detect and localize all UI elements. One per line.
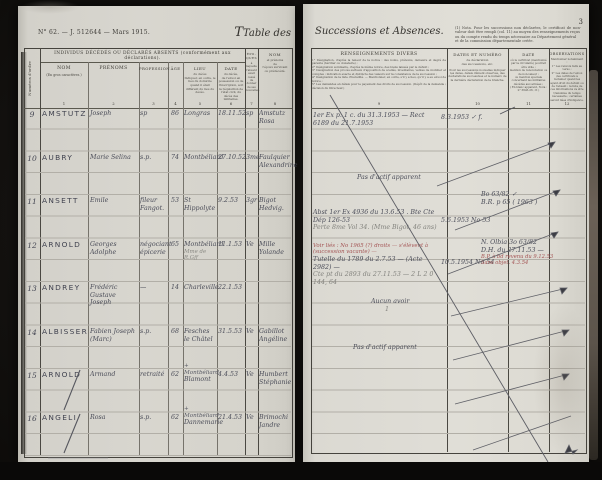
cell-prenoms: Fabien Joseph (Marc) xyxy=(90,328,137,343)
cell-profession: retraité xyxy=(140,371,167,379)
form-number: N° 62. — J. 512644 — Mars 1915. xyxy=(38,29,150,36)
cell-epoux: Bigot Hedvig. xyxy=(259,197,292,212)
cell-epoque: Ve xyxy=(246,328,257,336)
right-page: Successions et Absences. 3 (1) Nota. Pou… xyxy=(303,4,589,468)
table-row: Aucun avoir 1 xyxy=(303,282,589,325)
cell-renseignements: Aucun avoir 1 xyxy=(313,298,497,313)
cell-lieu: + MontbéliardDannemarie xyxy=(184,406,217,427)
cell-profession: sp xyxy=(140,110,167,118)
cell-epoque: Ve xyxy=(246,241,257,249)
cell-numero: 10 xyxy=(25,154,39,163)
cell-prenoms: Marie Selina xyxy=(90,154,137,162)
table-row xyxy=(303,412,589,455)
cell-nom: ANGELI xyxy=(42,414,87,423)
cell-numero: 9 xyxy=(25,110,39,119)
cell-age: 65 xyxy=(168,241,182,249)
cell-numero: 15 xyxy=(25,371,39,380)
table-row: 16 ANGELI Rosa s.p. 62 + MontbéliardDann… xyxy=(18,412,295,455)
cell-renseignements: Pas d'actif apparent xyxy=(313,174,483,182)
cell-epoux: Brimochi Jandre xyxy=(259,414,292,429)
cell-observations: Bo 63/82 ✓ B.R. p 65 ( 1963 ) xyxy=(481,191,583,206)
column-header-epoux: NOM et prénoms de l'époux survivant ou p… xyxy=(258,50,292,108)
cell-epoque: 3me xyxy=(246,154,257,162)
cell-epoux: Amstutz Rosa xyxy=(259,110,292,125)
table-row: 14 ALBISSER Fabien Joseph (Marc) s.p. 68… xyxy=(18,326,295,369)
cell-age: 62 xyxy=(168,414,182,422)
table-row: 10 AUBRY Marie Selina s.p. 74 Montbéliar… xyxy=(18,152,295,195)
cell-date: 22.1.53 xyxy=(218,284,245,292)
cell-epoux: Gabillot Angéline xyxy=(259,328,292,343)
column-header-numeros: Numéros d'ordre xyxy=(24,48,40,108)
column-header-profession: PROFESSION 3 xyxy=(139,64,168,108)
cell-date: 21.4.53 xyxy=(218,414,245,422)
table-row: 1er Ex p. 1 c. du 31.3.1953 — Rect 6189 … xyxy=(303,108,589,151)
cell-date: 4.4.53 xyxy=(218,371,245,379)
cell-nom: AUBRY xyxy=(42,154,87,163)
cell-profession: — xyxy=(140,284,167,292)
cell-numero: 13 xyxy=(25,284,39,293)
cell-nom: ARNOLD xyxy=(42,241,87,250)
book-title-right-fragment: Successions et Absences. xyxy=(315,26,444,37)
cell-epoque: Ve xyxy=(246,414,257,422)
cell-age: 53 xyxy=(168,197,182,205)
column-header-date: DATE du décès, de l'envoi en possession … xyxy=(217,64,245,108)
cell-epoux: Mille Yolande xyxy=(259,241,292,256)
table-row: 9 AMSTUTZ Joseph sp 86 Longras 18.11.52 … xyxy=(18,108,295,151)
cell-prenoms: Georges Adolphe xyxy=(90,241,137,256)
cell-observations: N. Olbia 3o 63/82 D.H. du 27.11.53 — B.P… xyxy=(481,239,583,267)
cell-prenoms: Frédéric Gustave Joseph xyxy=(90,284,137,307)
cell-renseignements: Abst 1er Ex 4936 du 13.6.53 . Bte Cte Dé… xyxy=(313,209,439,232)
cell-date: 27.10.52 xyxy=(218,154,245,162)
cell-nom: ANDREY xyxy=(42,284,87,293)
cell-numero: 16 xyxy=(25,414,39,423)
header-divider xyxy=(40,62,245,63)
page-number: 3 xyxy=(579,18,583,26)
cell-nom: ARNOLD xyxy=(42,371,87,380)
cell-epoque: 3gr xyxy=(246,197,257,205)
cell-nom: ALBISSER xyxy=(42,328,87,337)
cell-numero: 14 xyxy=(25,328,39,337)
cell-dates-declaration: 5.6.1953 No 53 xyxy=(441,217,503,225)
cell-profession: s.p. xyxy=(140,328,167,336)
cell-prenoms: Armand xyxy=(90,371,137,379)
table-row: 11 ANSETT Emile fileur Fangot. 53 St Hip… xyxy=(18,195,295,238)
cell-renseignements: Pas d'actif apparent xyxy=(313,344,479,352)
cell-lieu: Fesches le Châtel xyxy=(184,328,217,343)
column-header-prenoms: PRÉNOMS 2 xyxy=(88,64,139,108)
column-header-date-certificat: DATE où le certificat (mentionné par la … xyxy=(508,50,549,108)
cell-epoque: sp xyxy=(246,110,257,118)
table-row: Abst 1er Ex 4936 du 13.6.53 . Bte Cte Dé… xyxy=(303,195,589,238)
cell-lieu: MontbéliardMme de R.Gff xyxy=(184,241,217,262)
cell-date: 11.1.53 xyxy=(218,241,245,249)
cell-lieu: + MontbéliardBlamont xyxy=(184,363,217,384)
table-row: 15 ARNOLD Armand retraité 62 + Montbélia… xyxy=(18,369,295,412)
column-header-lieu: LIEU du décès Indiquer, en outre, le lie… xyxy=(183,64,217,108)
cell-age: 68 xyxy=(168,328,182,336)
table-row: Pas d'actif apparent xyxy=(303,326,589,369)
cell-epoux: Humbert Stéphanie xyxy=(259,371,292,386)
column-header-renseignements: RENSEIGNEMENTS DIVERS 1° Désignation, d'… xyxy=(311,50,447,108)
cell-profession: s.p. xyxy=(140,414,167,422)
table-row: Pas d'actif apparent xyxy=(303,152,589,195)
cell-age: 86 xyxy=(168,110,182,118)
column-header-nom: NOM (En gros caractères.) 1 xyxy=(40,64,88,108)
column-header-observations: OBSERVATIONS Mentionner notamment : 1° L… xyxy=(549,50,585,108)
cell-age: 74 xyxy=(168,154,182,162)
cell-date: 9.2.53 xyxy=(218,197,245,205)
cell-lieu: Montbéliard xyxy=(184,154,217,162)
cell-lieu: Charleville xyxy=(184,284,217,292)
cell-profession: négociant épicerie xyxy=(140,241,167,256)
cell-numero: 11 xyxy=(25,197,39,206)
book-title-left-fragment: TTable des xyxy=(234,25,291,40)
cell-prenoms: Rosa xyxy=(90,414,137,422)
cell-dates-declaration: 8.3.1953 ✓ f. xyxy=(441,114,503,122)
cell-epoux: Faulquier Alexandrine xyxy=(259,154,292,169)
cell-nom: ANSETT xyxy=(42,197,87,206)
cell-prenoms: Emile xyxy=(90,197,137,205)
cell-prenoms: Joseph xyxy=(90,110,137,118)
cell-profession: fileur Fangot. xyxy=(140,197,167,212)
cell-epoque: Ve xyxy=(246,371,257,379)
group-header-individus: INDIVIDUS DÉCÉDÉS OU DÉCLARÉS ABSENTS (c… xyxy=(40,49,245,61)
cell-numero: 12 xyxy=(25,241,39,250)
cell-age: 62 xyxy=(168,371,182,379)
cell-age: 14 xyxy=(168,284,182,292)
left-page: N° 62. — J. 512644 — Mars 1915. TTable d… xyxy=(18,6,295,462)
table-row: 13 ANDREY Frédéric Gustave Joseph — 14 C… xyxy=(18,282,295,325)
cell-lieu: St Hippolyte xyxy=(184,197,217,212)
table-row xyxy=(303,369,589,412)
scanned-register-photo: { "left_page": { "form_number": "N° 62. … xyxy=(0,0,602,480)
cell-lieu: Longras xyxy=(184,110,217,118)
table-row: 12 ARNOLD Georges Adolphe négociant épic… xyxy=(18,239,295,282)
column-header-age: ÂGE 4 xyxy=(168,64,183,108)
table-row: Voir liés : No 1965 (?) droits — s'élève… xyxy=(303,239,589,282)
cell-profession: s.p. xyxy=(140,154,167,162)
cell-nom: AMSTUTZ xyxy=(42,110,87,119)
column-header-epoques: ÉPO-QUES à laquelle l'absent avait cessé… xyxy=(245,50,258,108)
book-title-initial: T xyxy=(234,25,243,40)
cell-renseignements: 1er Ex p. 1 c. du 31.3.1953 — Rect 6189 … xyxy=(313,112,439,127)
cell-date: 18.11.52 xyxy=(218,110,245,118)
cell-date: 31.5.53 xyxy=(218,328,245,336)
column-header-dates-numero: DATES ET NUMÉRO de déclaration des succe… xyxy=(447,50,508,108)
corner-note: (1) Nota. Pour les successions non décla… xyxy=(455,26,581,44)
book-page-edges xyxy=(589,70,598,460)
cell-renseignements: Voir liés : No 1965 (?) droits — s'élève… xyxy=(313,243,439,286)
